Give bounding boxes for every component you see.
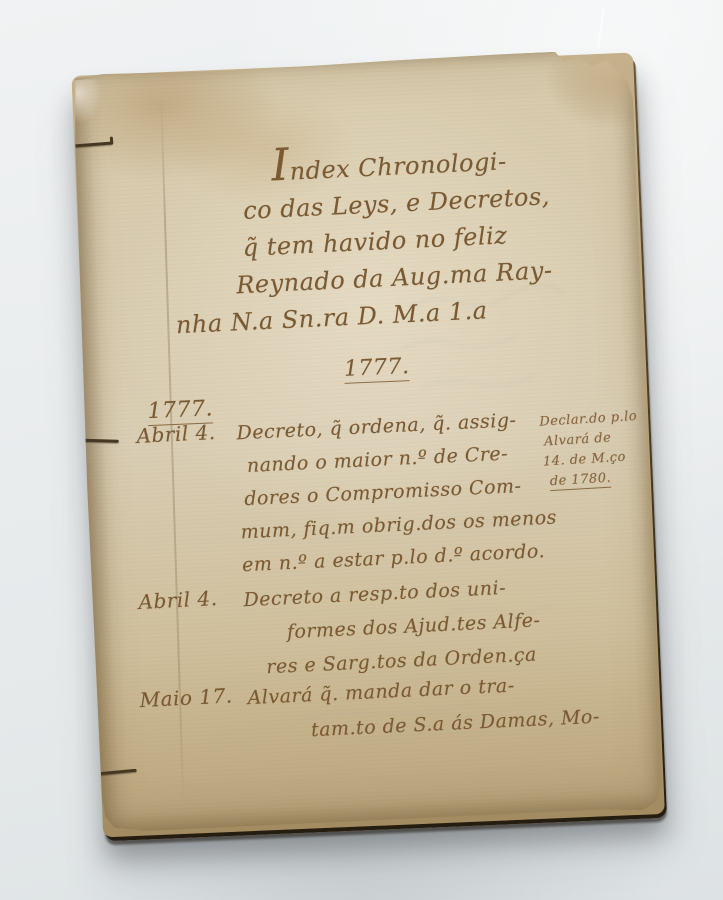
entry-date: Abril 4.: [138, 586, 218, 614]
photo-background: Index Chronologi- co das Leys, e Decreto…: [0, 0, 723, 900]
manuscript-booklet: Index Chronologi- co das Leys, e Decreto…: [69, 49, 662, 834]
year-heading: 1777.: [343, 354, 409, 382]
paper-fiber: [597, 6, 606, 48]
entry-date: Abril 4.: [136, 420, 216, 448]
entry-text: Decreto, q̃ ordena, q̃. assig- nando o m…: [236, 403, 583, 582]
margin-note: Declar.do p.lo Alvará de 14. de M.ço de …: [539, 408, 658, 493]
paper-page: Index Chronologi- co das Leys, e Decreto…: [69, 49, 662, 834]
manuscript-text: Index Chronologi- co das Leys, e Decreto…: [69, 49, 662, 834]
title-block: Index Chronologi- co das Leys, e Decreto…: [73, 140, 642, 348]
entry-date: Maio 17.: [139, 683, 233, 712]
entry-text: Alvará q̃. manda dar o tra- tam.to de S.…: [247, 667, 590, 751]
